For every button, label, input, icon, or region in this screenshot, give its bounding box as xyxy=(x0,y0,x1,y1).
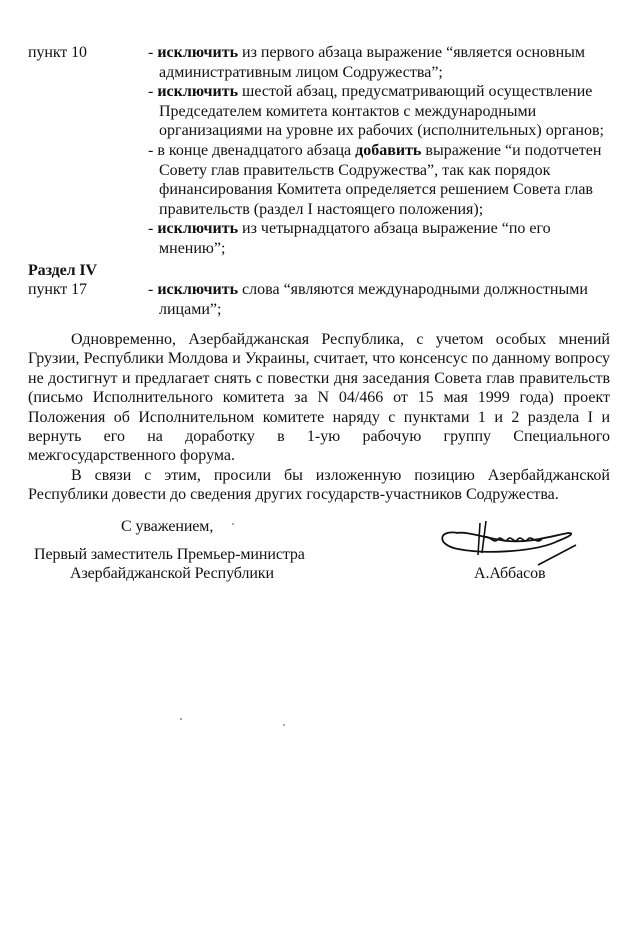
salutation: С уважением, xyxy=(121,517,213,537)
entry-prefix: в конце двенадцатого абзаца xyxy=(157,142,355,159)
action-verb: добавить xyxy=(355,142,421,159)
signer-title-line-1: Первый заместитель Премьер-министра xyxy=(34,545,305,565)
item-17-entry-1: - исключить слова “являются международны… xyxy=(148,280,608,319)
item-10-entry-3: - в конце двенадцатого абзаца добавить в… xyxy=(148,141,608,219)
action-verb: исключить xyxy=(157,281,238,298)
item-10-entry-2: - исключить шестой абзац, предусматриваю… xyxy=(148,82,608,141)
scan-artifact xyxy=(232,523,234,525)
item-17-label: пункт 17 xyxy=(28,280,87,300)
action-verb: исключить xyxy=(157,44,238,61)
item-10-entry-1: - исключить из первого абзаца выражение … xyxy=(148,43,608,82)
section-iv-heading: Раздел IV xyxy=(28,261,97,281)
body-paragraph-1: Одновременно, Азербайджанская Республика… xyxy=(28,330,610,466)
item-10-label: пункт 10 xyxy=(28,43,87,63)
scan-artifact xyxy=(180,718,182,720)
item-17-entries: - исключить слова “являются международны… xyxy=(148,280,608,319)
action-verb: исключить xyxy=(157,83,238,100)
item-10-entry-4: - исключить из четырнадцатого абзаца выр… xyxy=(148,219,608,258)
action-verb: исключить xyxy=(157,220,238,237)
scan-artifact xyxy=(283,724,285,726)
document-page: пункт 10 - исключить из первого абзаца в… xyxy=(0,0,638,948)
signatory-name: А.Аббасов xyxy=(474,564,545,584)
body-paragraph-2: В связи с этим, просили бы изложенную по… xyxy=(28,466,610,505)
item-10-entries: - исключить из первого абзаца выражение … xyxy=(148,43,608,259)
signer-title-line-2: Азербайджанской Республики xyxy=(70,564,274,584)
